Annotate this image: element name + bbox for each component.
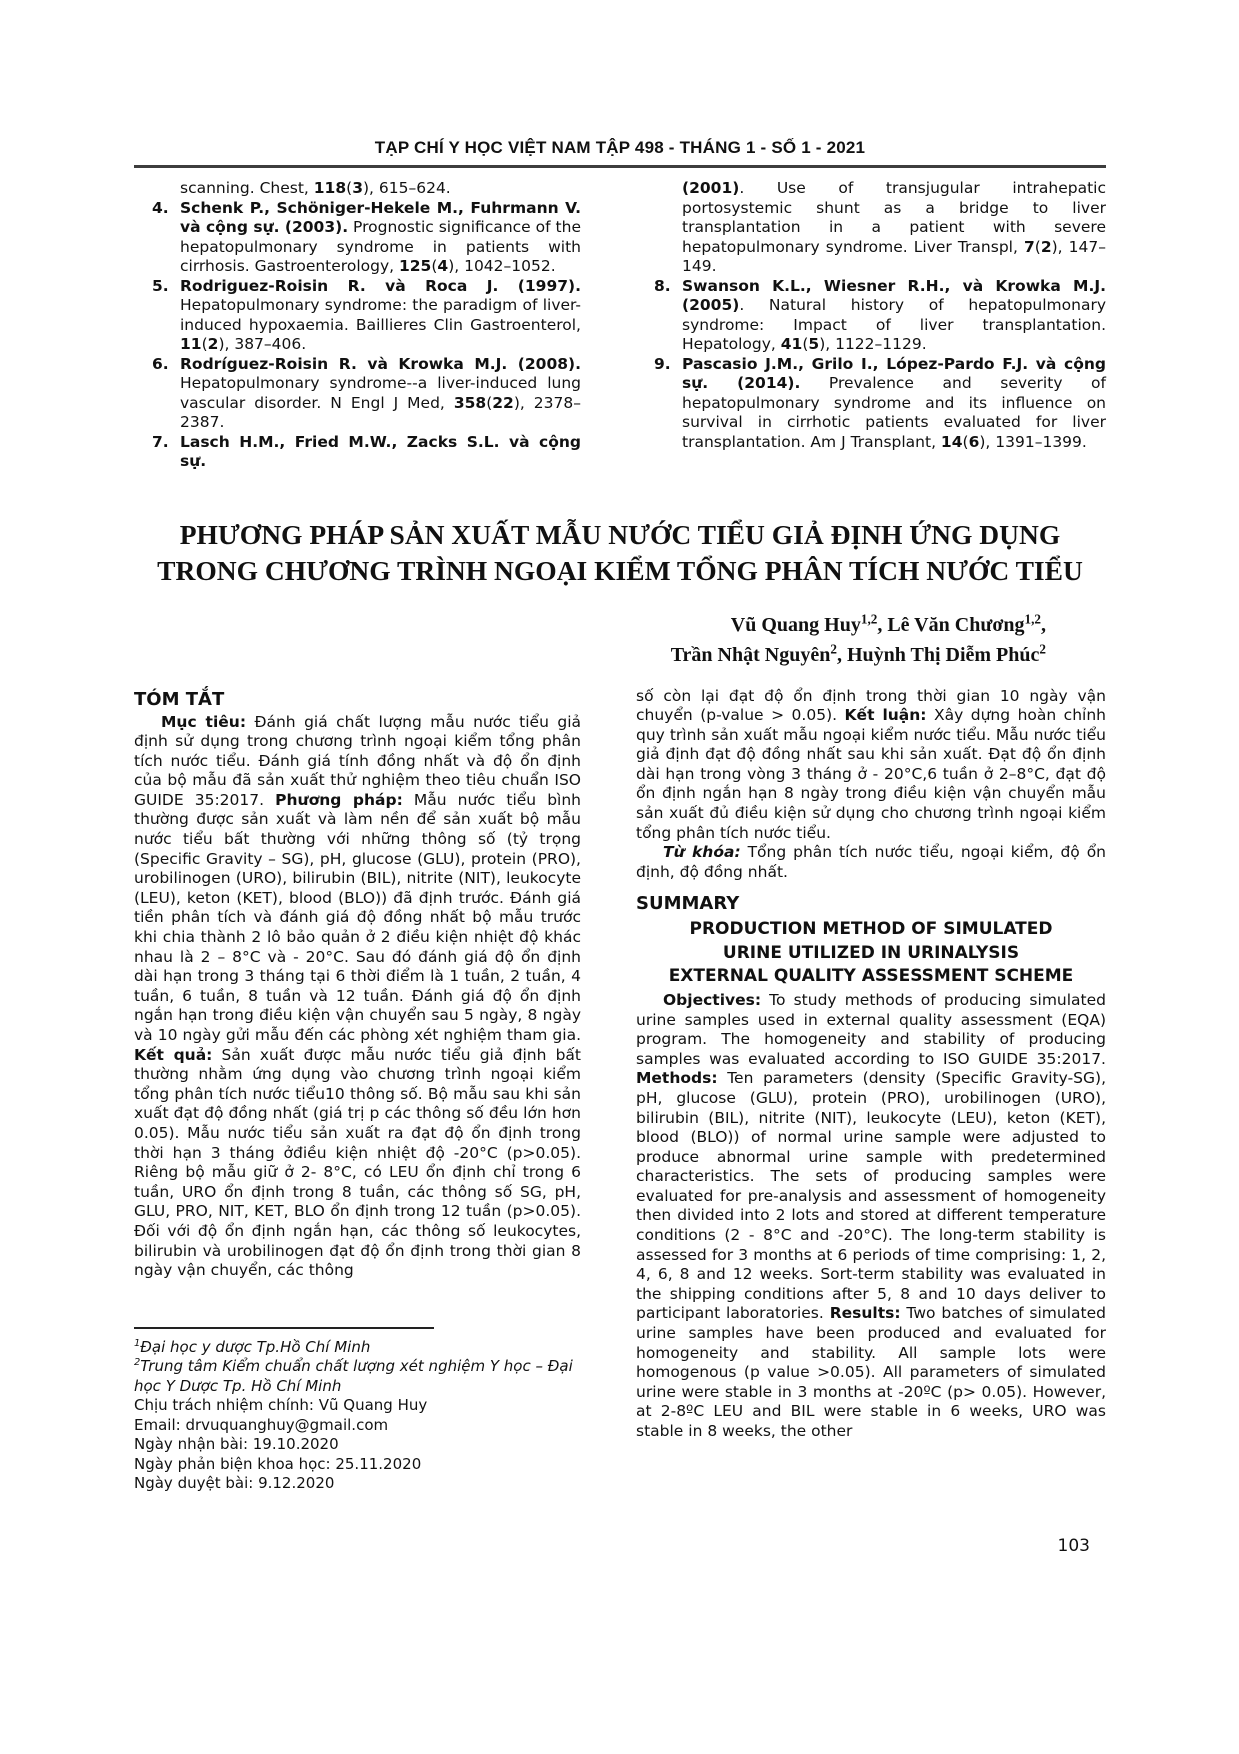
footnote-rule — [134, 1327, 434, 1329]
article-title-line-1: PHƯƠNG PHÁP SẢN XUẤT MẪU NƯỚC TIỂU GIẢ Đ… — [134, 517, 1106, 553]
footnote-line: 1Đại học y dược Tp.Hồ Chí Minh — [134, 1338, 581, 1358]
summary-heading: SUMMARY — [636, 891, 1106, 917]
column-gap — [581, 687, 636, 1494]
reference-item: 6.Rodríguez-Roisin R. và Krowka M.J. (20… — [134, 355, 581, 433]
footnote-line: Ngày nhận bài: 19.10.2020 — [134, 1435, 581, 1455]
summary-title-line-3: EXTERNAL QUALITY ASSESSMENT SCHEME — [636, 965, 1106, 989]
footnote-line: Chịu trách nhiệm chính: Vũ Quang Huy — [134, 1396, 581, 1416]
journal-page: TẠP CHÍ Y HỌC VIỆT NAM TẬP 498 - THÁNG 1… — [0, 0, 1239, 1754]
reference-number: 6. — [152, 355, 169, 375]
reference-item: 5.Rodriguez-Roisin R. và Roca J. (1997).… — [134, 277, 581, 355]
conclusion-paragraph: số còn lại đạt độ ổn định trong thời gia… — [636, 687, 1106, 844]
page-number: 103 — [1058, 1536, 1090, 1556]
references-right-column: (2001). Use of transjugular intrahepatic… — [636, 179, 1106, 472]
summary-english-title: PRODUCTION METHOD OF SIMULATED URINE UTI… — [636, 918, 1106, 989]
reference-item: 9.Pascasio J.M., Grilo I., López-Pardo F… — [636, 355, 1106, 453]
left-column: TÓM TẮT Mục tiêu: Đánh giá chất lượng mẫ… — [134, 687, 581, 1494]
column-gap — [581, 179, 636, 472]
reference-number: 8. — [654, 277, 671, 297]
summary-paragraph: Objectives: To study methods of producin… — [636, 991, 1106, 1442]
journal-header-title: TẠP CHÍ Y HỌC VIỆT NAM TẬP 498 - THÁNG 1… — [134, 138, 1106, 158]
footnotes-block: 1Đại học y dược Tp.Hồ Chí Minh2Trung tâm… — [134, 1338, 581, 1494]
references-section: scanning. Chest, 118(3), 615–624.4.Schen… — [134, 179, 1106, 472]
reference-item: (2001). Use of transjugular intrahepatic… — [636, 179, 1106, 277]
reference-item: 4.Schenk P., Schöniger-Hekele M., Fuhrma… — [134, 199, 581, 277]
article-title: PHƯƠNG PHÁP SẢN XUẤT MẪU NƯỚC TIỂU GIẢ Đ… — [134, 517, 1106, 589]
reference-number: 7. — [152, 433, 169, 453]
reference-item: 7.Lasch H.M., Fried M.W., Zacks S.L. và … — [134, 433, 581, 472]
abstract-paragraph: Mục tiêu: Đánh giá chất lượng mẫu nước t… — [134, 713, 581, 1281]
right-column: số còn lại đạt độ ổn định trong thời gia… — [636, 687, 1106, 1494]
references-left-column: scanning. Chest, 118(3), 615–624.4.Schen… — [134, 179, 581, 472]
reference-number: 5. — [152, 277, 169, 297]
reference-item: 8.Swanson K.L., Wiesner R.H., và Krowka … — [636, 277, 1106, 355]
footnote-line: 2Trung tâm Kiểm chuẩn chất lượng xét ngh… — [134, 1357, 581, 1396]
reference-number: 4. — [152, 199, 169, 219]
reference-item: scanning. Chest, 118(3), 615–624. — [134, 179, 581, 199]
article-title-line-2: TRONG CHƯƠNG TRÌNH NGOẠI KIỂM TỔNG PHÂN … — [134, 553, 1106, 589]
authors-line-2: Trần Nhật Nguyên2, Huỳnh Thị Diễm Phúc2 — [134, 640, 1046, 670]
reference-number: 9. — [654, 355, 671, 375]
summary-title-line-2: URINE UTILIZED IN URINALYSIS — [636, 942, 1106, 966]
header-rule — [134, 165, 1106, 168]
footnote-line: Ngày phản biện khoa học: 25.11.2020 — [134, 1455, 581, 1475]
summary-title-line-1: PRODUCTION METHOD OF SIMULATED — [636, 918, 1106, 942]
article-body: TÓM TẮT Mục tiêu: Đánh giá chất lượng mẫ… — [134, 687, 1106, 1494]
footnote-line: Email: drvuquanghuy@gmail.com — [134, 1416, 581, 1436]
tom-tat-heading: TÓM TẮT — [134, 687, 581, 713]
footnote-line: Ngày duyệt bài: 9.12.2020 — [134, 1474, 581, 1494]
article-authors: Vũ Quang Huy1,2, Lê Văn Chương1,2, Trần … — [134, 610, 1106, 670]
authors-line-1: Vũ Quang Huy1,2, Lê Văn Chương1,2, — [134, 610, 1046, 640]
keywords-paragraph: Từ khóa: Tổng phân tích nước tiểu, ngoại… — [636, 843, 1106, 882]
